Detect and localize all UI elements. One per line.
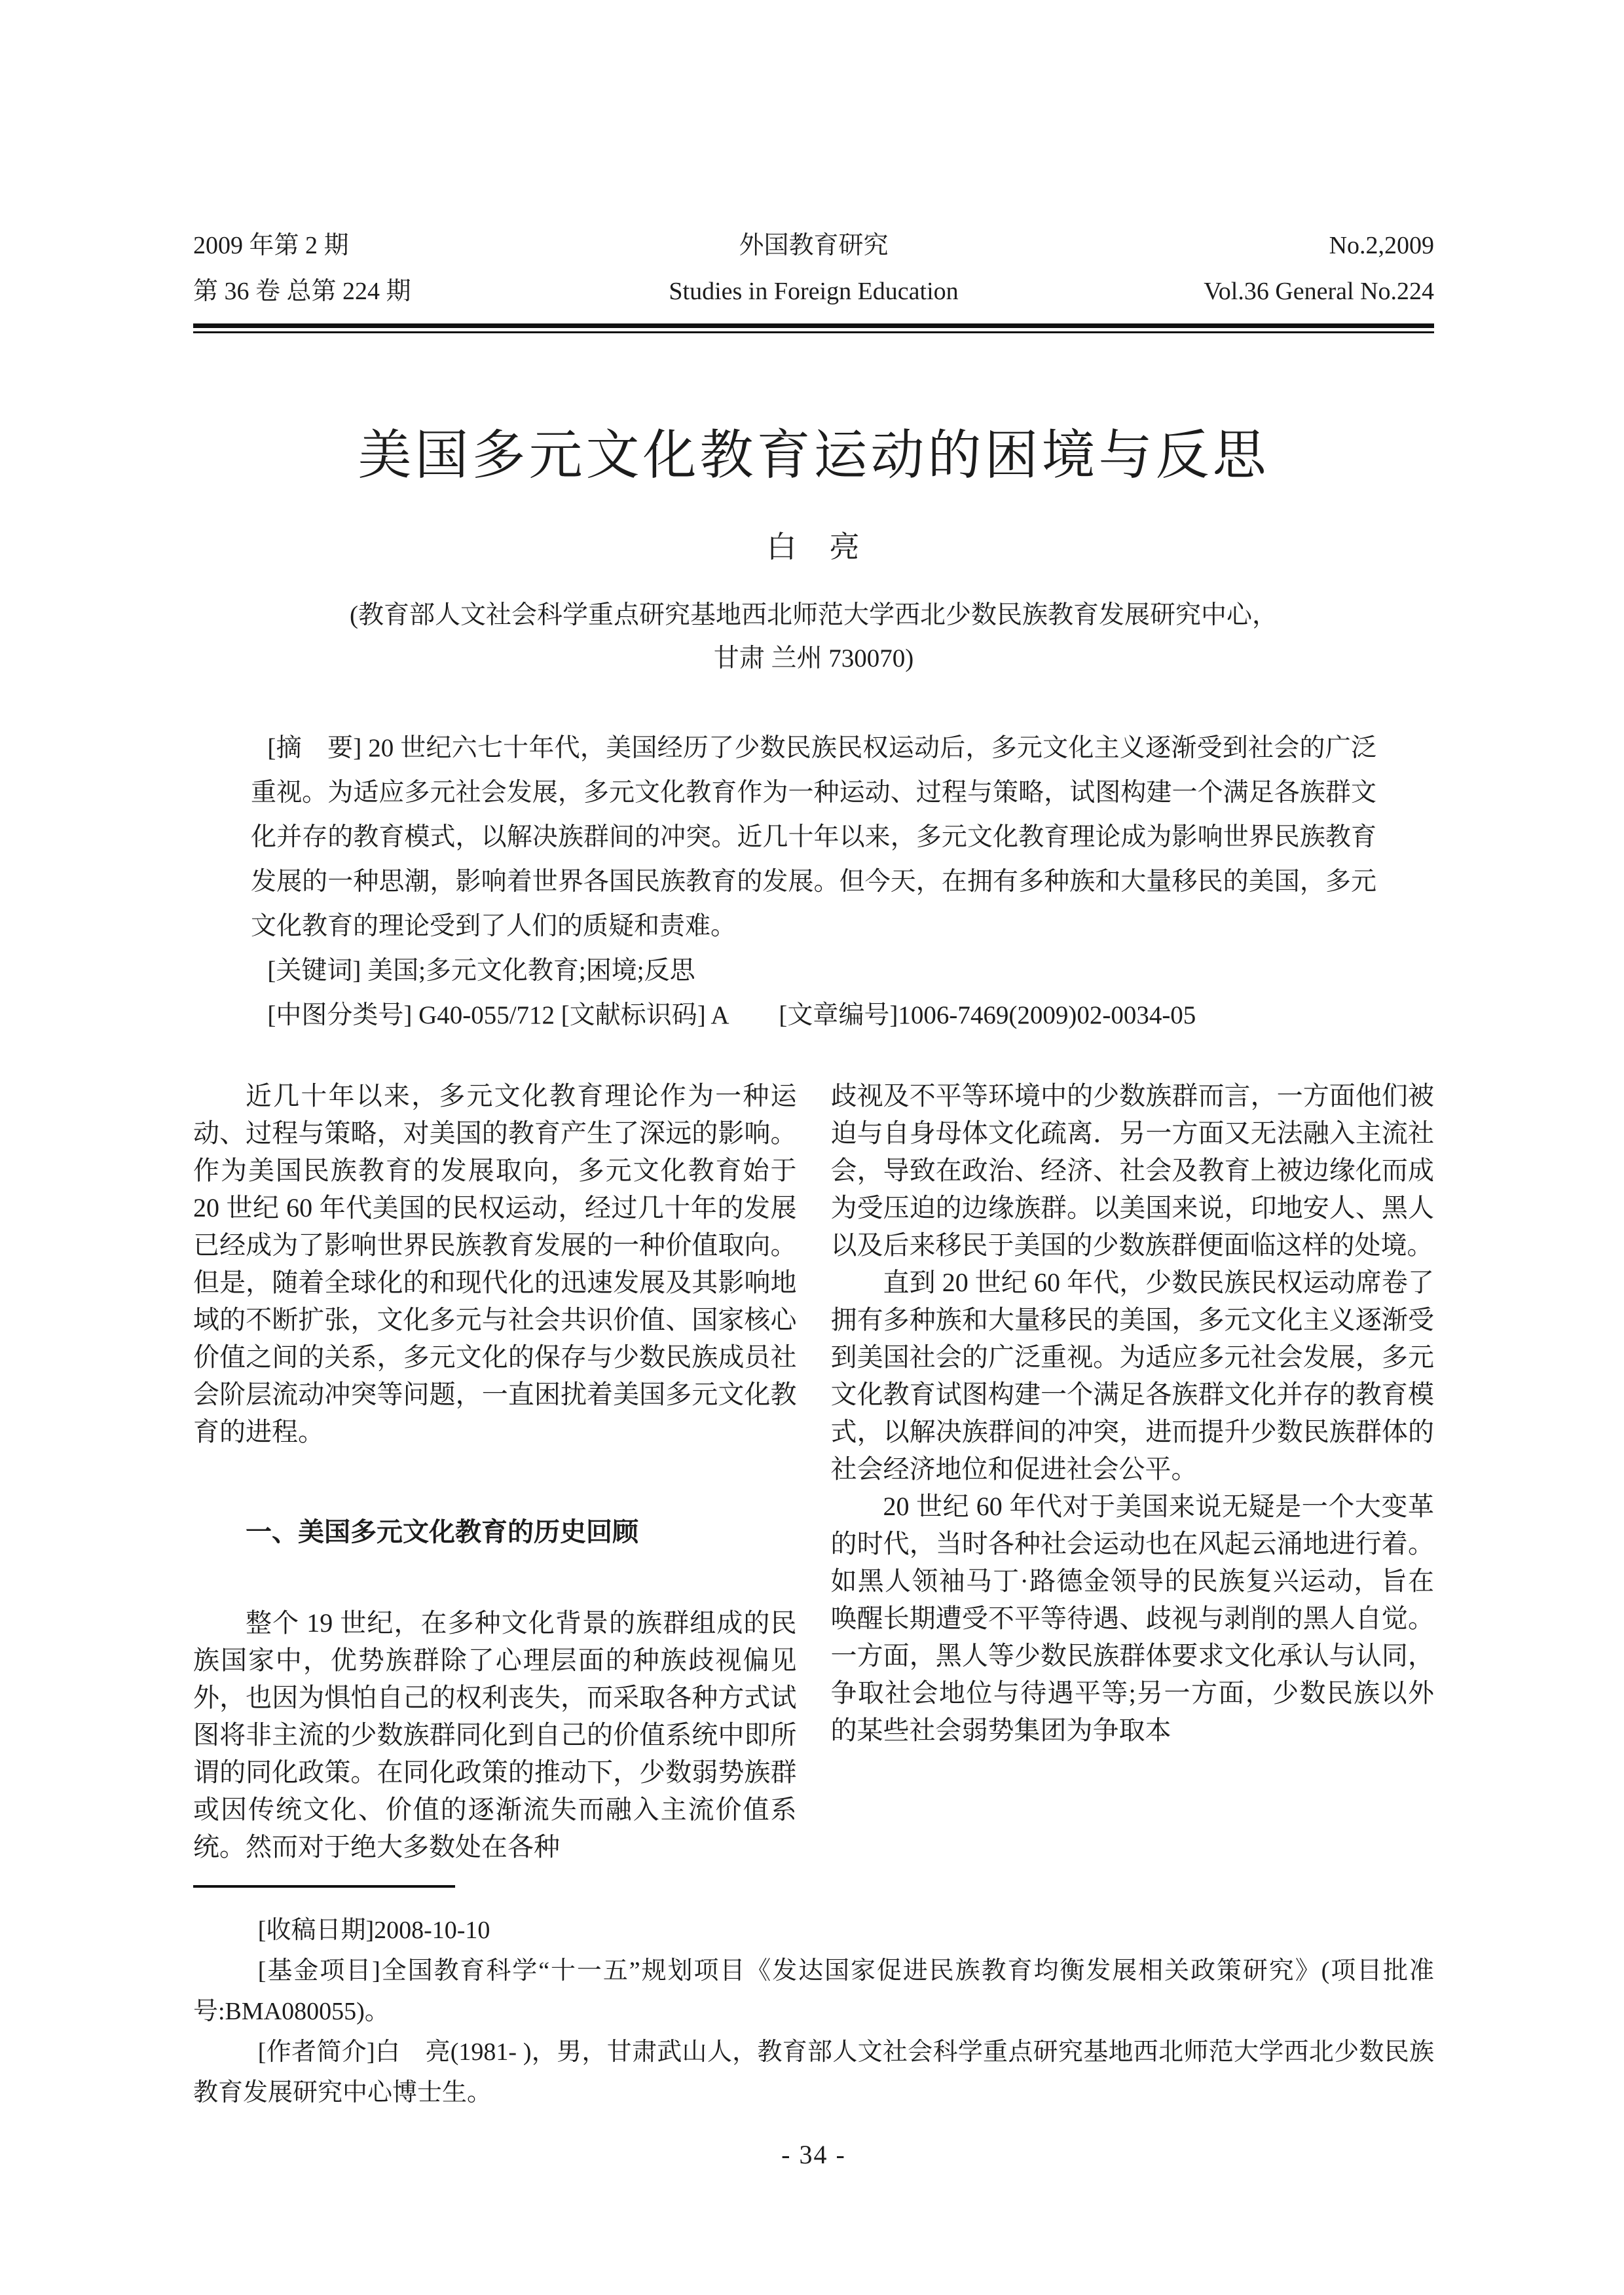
footnote-author-bio: [作者简介]白 亮(1981- )，男，甘肃武山人，教育部人文社会科学重点研究基… <box>193 2032 1434 2113</box>
clc-line: [中图分类号] G40-055/712 [文献标识码] A [文章编号]1006… <box>251 993 1376 1038</box>
header-volume-cn: 第 36 卷 总第 224 期 <box>193 268 607 314</box>
header-issue-cn: 2009 年第 2 期 <box>193 223 607 268</box>
footnote-separator <box>193 1885 455 1888</box>
article-author: 白 亮 <box>193 523 1434 566</box>
page-number: - 34 - <box>193 2139 1434 2170</box>
header-volume-en: Vol.36 General No.224 <box>1020 268 1434 314</box>
body-paragraph: 20 世纪 60 年代对于美国来说无疑是一个大变革的时代，当时各种社会运动也在风… <box>831 1488 1435 1749</box>
left-column: 近几十年以来，多元文化教育理论作为一种运动、过程与策略，对美国的教育产生了深远的… <box>193 1077 797 1865</box>
body-paragraph: 直到 20 世纪 60 年代，少数民族民权运动席卷了拥有多种族和大量移民的美国，… <box>831 1264 1435 1488</box>
header-issue-en: No.2,2009 <box>1020 223 1434 268</box>
header-rule-thin <box>193 331 1434 333</box>
journal-page: 2009 年第 2 期 外国教育研究 No.2,2009 第 36 卷 总第 2… <box>0 0 1624 2295</box>
journal-title-cn: 外国教育研究 <box>607 223 1021 268</box>
right-column: 歧视及不平等环境中的少数族群而言，一方面他们被迫与自身母体文化疏离．另一方面又无… <box>831 1077 1435 1865</box>
footnote-fund-project: [基金项目]全国教育科学“十一五”规划项目《发达国家促进民族教育均衡发展相关政策… <box>193 1951 1434 2032</box>
affiliation-line-1: (教育部人文社会科学重点研究基地西北师范大学西北少数民族教育发展研究中心， <box>193 594 1434 637</box>
header-rule-thick <box>193 323 1434 328</box>
journal-title-en: Studies in Foreign Education <box>607 268 1021 314</box>
affiliation-line-2: 甘肃 兰州 730070) <box>193 637 1434 680</box>
header-row-1: 2009 年第 2 期 外国教育研究 No.2,2009 <box>193 223 1434 268</box>
footnotes: [收稿日期]2008-10-10 [基金项目]全国教育科学“十一五”规划项目《发… <box>193 1910 1434 2113</box>
footnote-received-date: [收稿日期]2008-10-10 <box>193 1910 1434 1951</box>
abstract-text: [摘 要] 20 世纪六七十年代，美国经历了少数民族民权运动后，多元文化主义逐渐… <box>251 726 1376 949</box>
abstract-block: [摘 要] 20 世纪六七十年代，美国经历了少数民族民权运动后，多元文化主义逐渐… <box>251 726 1376 1038</box>
journal-header: 2009 年第 2 期 外国教育研究 No.2,2009 第 36 卷 总第 2… <box>193 223 1434 333</box>
body-paragraph: 近几十年以来，多元文化教育理论作为一种运动、过程与策略，对美国的教育产生了深远的… <box>193 1077 797 1450</box>
article-title: 美国多元文化教育运动的困境与反思 <box>193 426 1434 485</box>
body-paragraph: 整个 19 世纪，在多种文化背景的族群组成的民族国家中，优势族群除了心理层面的种… <box>193 1604 797 1865</box>
page-footer: [收稿日期]2008-10-10 [基金项目]全国教育科学“十一五”规划项目《发… <box>193 1885 1434 2170</box>
section-heading-1: 一、美国多元文化教育的历史回顾 <box>193 1513 797 1551</box>
body-columns: 近几十年以来，多元文化教育理论作为一种运动、过程与策略，对美国的教育产生了深远的… <box>193 1077 1434 1865</box>
header-row-2: 第 36 卷 总第 224 期 Studies in Foreign Educa… <box>193 268 1434 314</box>
keywords-line: [关键词] 美国;多元文化教育;困境;反思 <box>251 949 1376 993</box>
body-paragraph-continuation: 歧视及不平等环境中的少数族群而言，一方面他们被迫与自身母体文化疏离．另一方面又无… <box>831 1077 1435 1264</box>
article: 美国多元文化教育运动的困境与反思 白 亮 (教育部人文社会科学重点研究基地西北师… <box>193 426 1434 1865</box>
article-affiliation: (教育部人文社会科学重点研究基地西北师范大学西北少数民族教育发展研究中心， 甘肃… <box>193 594 1434 680</box>
